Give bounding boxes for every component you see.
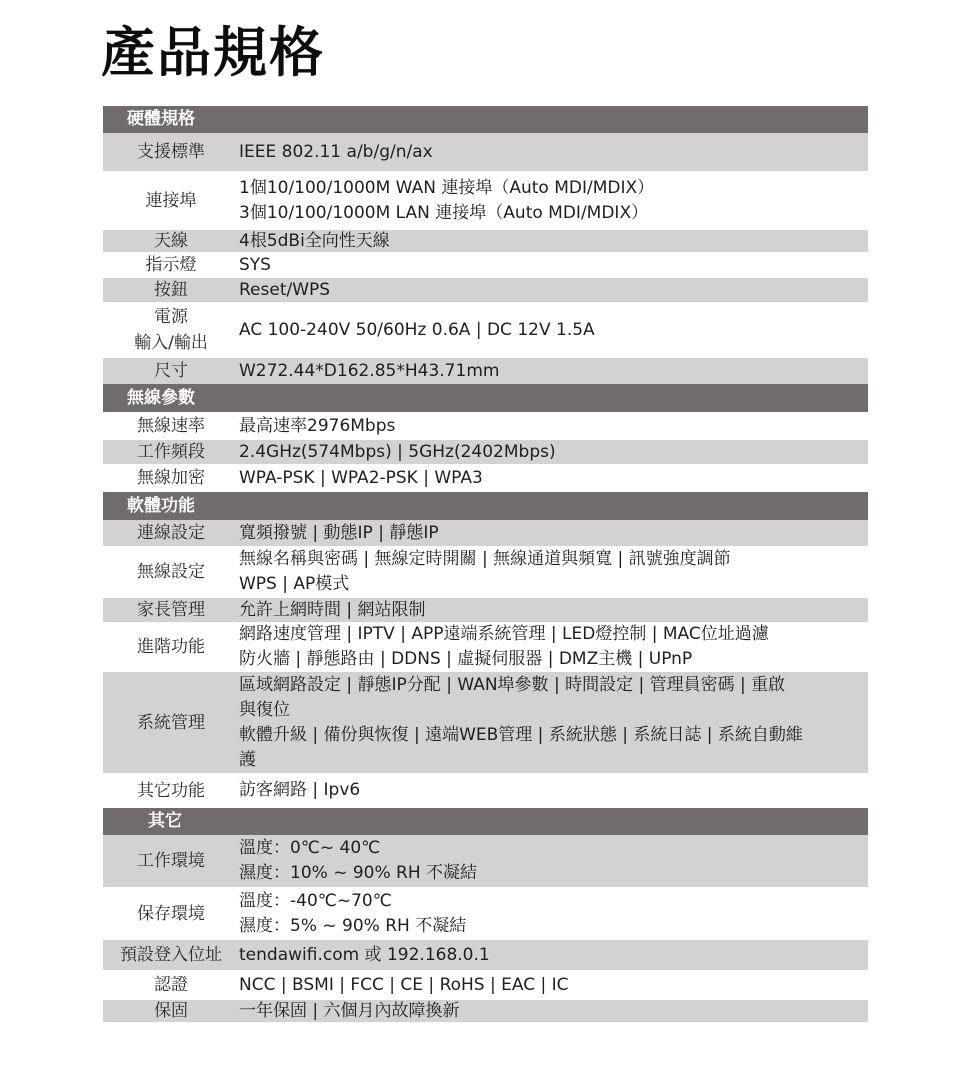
- spec-row-warranty: 保固 一年保固 | 六個月內故障換新: [103, 1000, 868, 1022]
- spec-row-system-management: 系統管理 區域網路設定 | 靜態IP分配 | WAN埠參數 | 時間設定 | 管…: [103, 672, 868, 773]
- spec-value: 最高速率2976Mbps: [233, 414, 868, 439]
- spec-value: tendawifi.com 或 192.168.0.1: [233, 943, 868, 968]
- section-title: 其它: [103, 808, 182, 835]
- spec-value: 溫度：-40℃~70℃ 濕度：5% ~ 90% RH 不凝結: [233, 889, 868, 939]
- spec-label: 按鈕: [103, 277, 233, 303]
- spec-value: 訪客網路 | Ipv6: [233, 778, 868, 803]
- spec-label: 保固: [103, 998, 233, 1024]
- spec-row-other-features: 其它功能 訪客網路 | Ipv6: [103, 773, 868, 808]
- spec-row-indicator: 指示燈 SYS: [103, 252, 868, 278]
- spec-row-power: 電源 輸入/輸出 AC 100-240V 50/60Hz 0.6A | DC 1…: [103, 302, 868, 358]
- spec-row-connection-settings: 連線設定 寬頻撥號 | 動態IP | 靜態IP: [103, 520, 868, 546]
- section-title: 硬體規格: [103, 106, 195, 133]
- spec-label: 連接埠: [103, 188, 233, 214]
- section-header-software: 軟體功能: [103, 492, 868, 520]
- spec-label: 其它功能: [103, 778, 233, 804]
- spec-label: 無線速率: [103, 413, 233, 439]
- spec-label: 指示燈: [103, 252, 233, 278]
- spec-label: 電源 輸入/輸出: [103, 304, 233, 356]
- spec-label: 預設登入位址: [103, 942, 233, 968]
- spec-row-buttons: 按鈕 Reset/WPS: [103, 278, 868, 302]
- spec-row-advanced: 進階功能 網路速度管理 | IPTV | APP遠端系統管理 | LED燈控制 …: [103, 622, 868, 672]
- spec-label: 尺寸: [103, 358, 233, 384]
- spec-label: 工作頻段: [103, 439, 233, 465]
- spec-value: 溫度：0℃~ 40℃ 濕度：10% ~ 90% RH 不凝結: [233, 836, 868, 886]
- spec-row-wireless-settings: 無線設定 無線名稱與密碼 | 無線定時開關 | 無線通道與頻寬 | 訊號強度調節…: [103, 546, 868, 598]
- section-header-wireless: 無線參數: [103, 384, 868, 412]
- section-header-other: 其它: [103, 808, 868, 835]
- page-title: 產品規格: [101, 18, 325, 88]
- spec-label: 無線加密: [103, 465, 233, 491]
- spec-value: W272.44*D162.85*H43.71mm: [233, 359, 868, 384]
- spec-value: 1個10/100/1000M WAN 連接埠（Auto MDI/MDIX） 3個…: [233, 176, 868, 226]
- spec-table: 硬體規格 支援標準 IEEE 802.11 a/b/g/n/ax 連接埠 1個1…: [103, 106, 868, 1022]
- spec-label: 連線設定: [103, 520, 233, 546]
- spec-value: 一年保固 | 六個月內故障換新: [233, 999, 868, 1024]
- spec-row-frequency-band: 工作頻段 2.4GHz(574Mbps) | 5GHz(2402Mbps): [103, 440, 868, 464]
- spec-label: 進階功能: [103, 634, 233, 660]
- spec-row-dimensions: 尺寸 W272.44*D162.85*H43.71mm: [103, 358, 868, 384]
- spec-value: 網路速度管理 | IPTV | APP遠端系統管理 | LED燈控制 | MAC…: [233, 622, 868, 672]
- spec-label: 認證: [103, 972, 233, 998]
- section-title: 軟體功能: [103, 493, 195, 520]
- spec-label: 無線設定: [103, 559, 233, 585]
- spec-label: 支援標準: [103, 139, 233, 165]
- section-title: 無線參數: [103, 385, 195, 412]
- spec-label: 保存環境: [103, 901, 233, 927]
- spec-label: 家長管理: [103, 597, 233, 623]
- spec-value: 4根5dBi全向性天線: [233, 229, 868, 254]
- spec-label: 工作環境: [103, 848, 233, 874]
- spec-row-storage-environment: 保存環境 溫度：-40℃~70℃ 濕度：5% ~ 90% RH 不凝結: [103, 887, 868, 940]
- spec-value: IEEE 802.11 a/b/g/n/ax: [233, 140, 868, 165]
- spec-row-default-login: 預設登入位址 tendawifi.com 或 192.168.0.1: [103, 940, 868, 970]
- spec-row-standard: 支援標準 IEEE 802.11 a/b/g/n/ax: [103, 133, 868, 171]
- spec-value: WPA-PSK | WPA2-PSK | WPA3: [233, 466, 868, 491]
- spec-row-ports: 連接埠 1個10/100/1000M WAN 連接埠（Auto MDI/MDIX…: [103, 171, 868, 230]
- section-header-hardware: 硬體規格: [103, 106, 868, 133]
- spec-row-antenna: 天線 4根5dBi全向性天線: [103, 230, 868, 252]
- spec-value: 允許上網時間 | 網站限制: [233, 598, 868, 623]
- spec-value: 區域網路設定 | 靜態IP分配 | WAN埠參數 | 時間設定 | 管理員密碼 …: [233, 673, 868, 773]
- spec-row-wireless-speed: 無線速率 最高速率2976Mbps: [103, 412, 868, 440]
- spec-value: AC 100-240V 50/60Hz 0.6A | DC 12V 1.5A: [233, 318, 868, 343]
- spec-row-certification: 認證 NCC | BSMI | FCC | CE | RoHS | EAC | …: [103, 970, 868, 1000]
- spec-value: Reset/WPS: [233, 278, 868, 303]
- spec-value: 2.4GHz(574Mbps) | 5GHz(2402Mbps): [233, 440, 868, 465]
- spec-label: 天線: [103, 228, 233, 254]
- spec-row-operating-environment: 工作環境 溫度：0℃~ 40℃ 濕度：10% ~ 90% RH 不凝結: [103, 835, 868, 887]
- spec-row-encryption: 無線加密 WPA-PSK | WPA2-PSK | WPA3: [103, 464, 868, 492]
- spec-value: 無線名稱與密碼 | 無線定時開關 | 無線通道與頻寬 | 訊號強度調節 WPS …: [233, 547, 868, 597]
- spec-label: 系統管理: [103, 710, 233, 736]
- spec-value: 寬頻撥號 | 動態IP | 靜態IP: [233, 521, 868, 546]
- spec-value: SYS: [233, 253, 868, 278]
- spec-value: NCC | BSMI | FCC | CE | RoHS | EAC | IC: [233, 973, 868, 998]
- spec-row-parental-control: 家長管理 允許上網時間 | 網站限制: [103, 598, 868, 622]
